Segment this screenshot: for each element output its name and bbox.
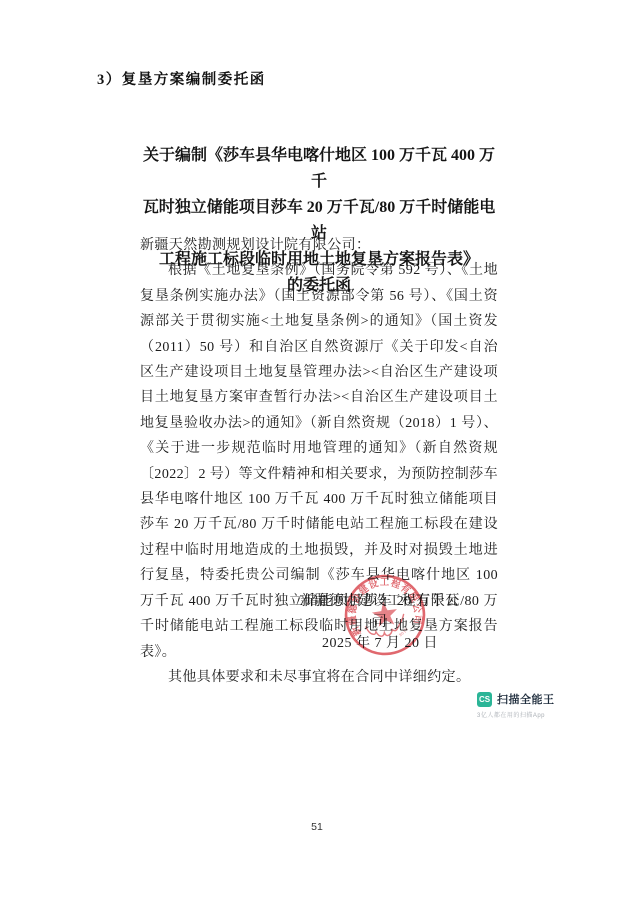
camscanner-watermark: CS 扫描全能王 3亿人都在用的扫描App bbox=[477, 691, 555, 719]
seal-serial-number: 8015 bbox=[397, 626, 410, 638]
seal-serial-wrap: 8015 bbox=[397, 626, 410, 638]
camscanner-tagline: 3亿人都在用的扫描App bbox=[477, 710, 555, 719]
official-seal-stamp: 新疆德协建设工程有限公司 8015 bbox=[339, 569, 432, 662]
camscanner-icon: CS bbox=[477, 692, 492, 707]
addressee-line: 新疆天然勘测规划设计院有限公司： bbox=[140, 233, 498, 258]
camscanner-name: 扫描全能王 bbox=[497, 691, 555, 707]
seal-star-icon bbox=[371, 600, 399, 627]
page-number: 51 bbox=[0, 821, 634, 833]
section-heading: 3）复垦方案编制委托函 bbox=[97, 68, 266, 89]
body-paragraph-2: 其他具体要求和未尽事宜将在合同中详细约定。 bbox=[140, 665, 498, 690]
letter-title-line-1: 关于编制《莎车县华电喀什地区 100 万千瓦 400 万千 bbox=[138, 143, 500, 195]
document-page: 3）复垦方案编制委托函 关于编制《莎车县华电喀什地区 100 万千瓦 400 万… bbox=[0, 0, 634, 898]
